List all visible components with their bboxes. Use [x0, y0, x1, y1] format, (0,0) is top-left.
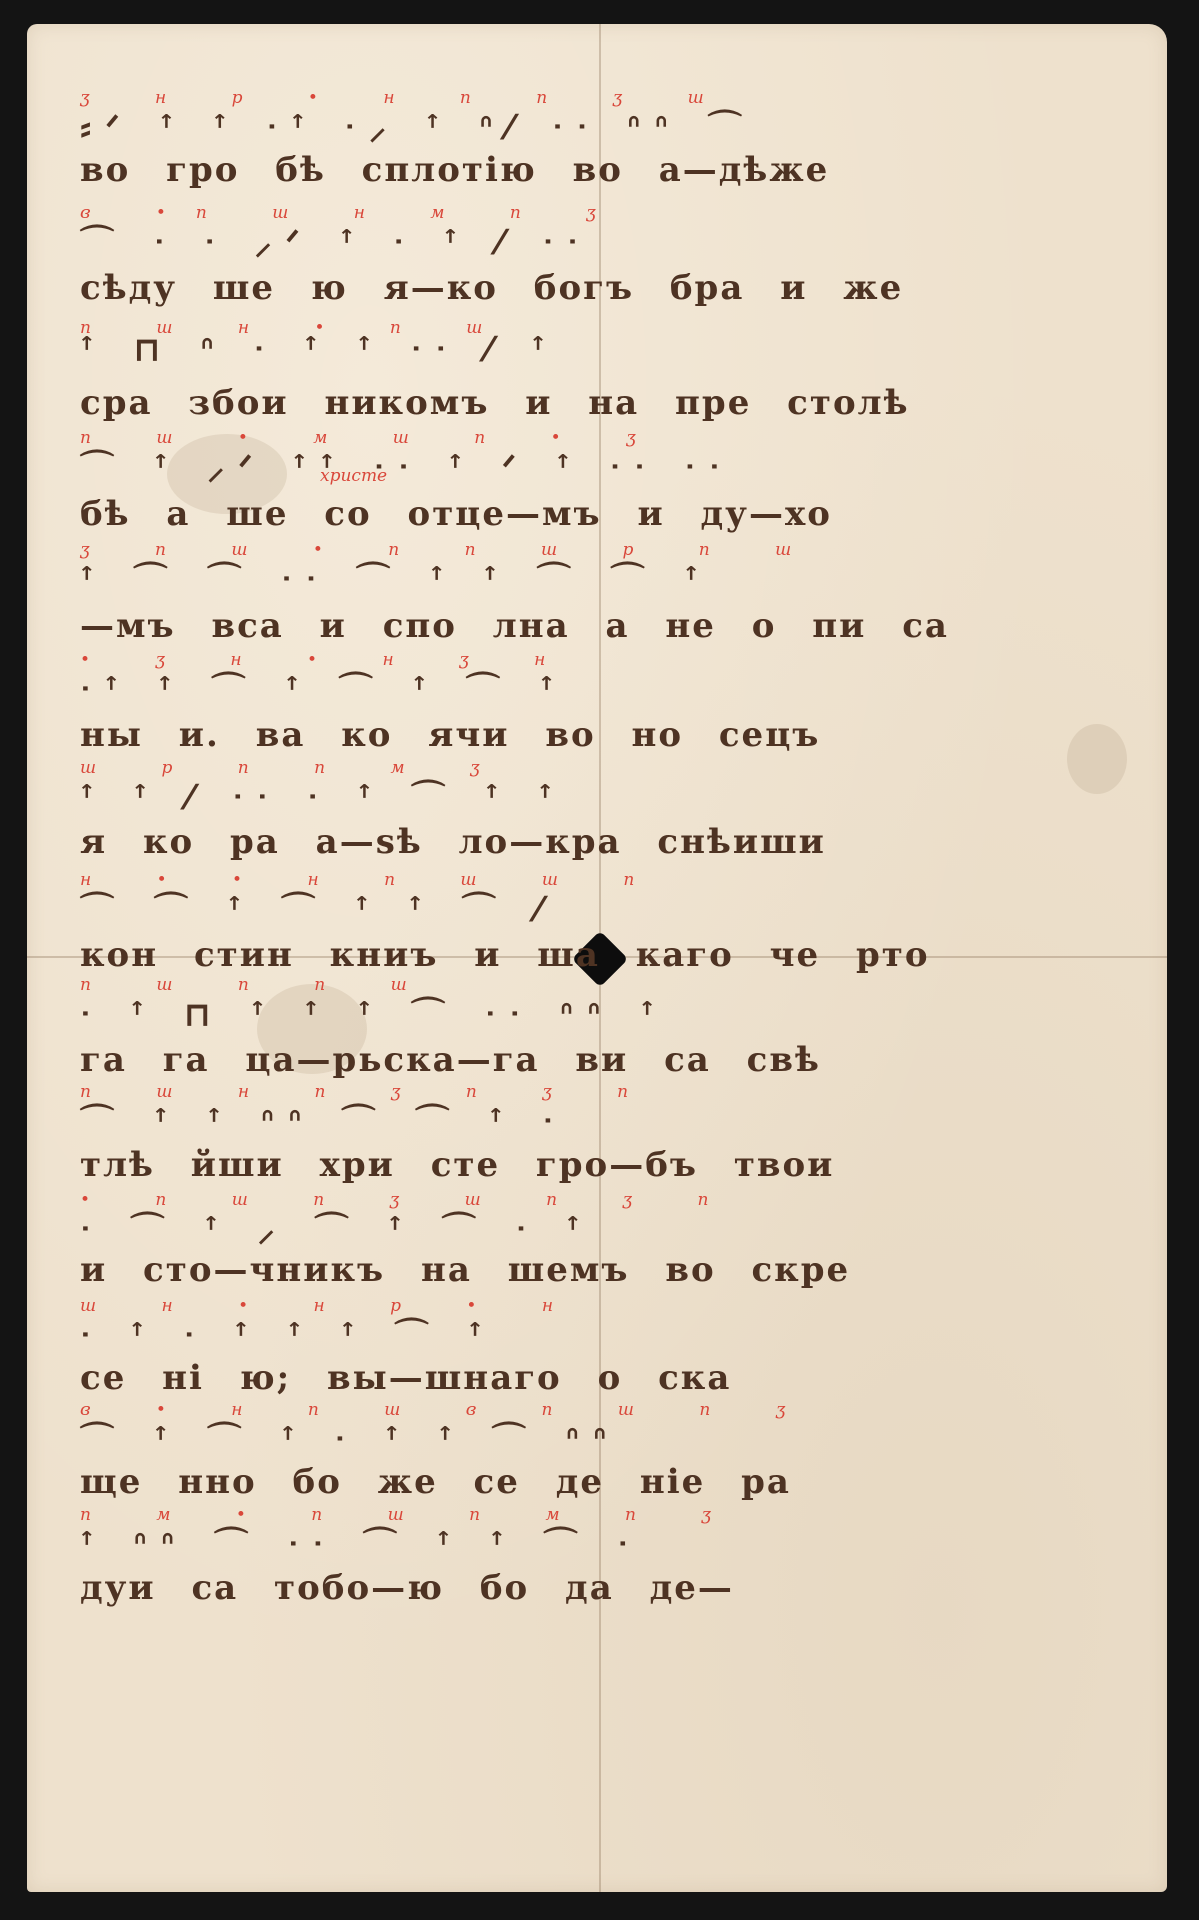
neume-row: ᐧ ⌒ ꜛ ⸝ ⌒ ꜛ ⌒ ᐧ ꜛ [80, 1202, 1040, 1251]
neume-row: ⌒ ꜛ ꜛ ᐢᐢ ⌒ ⌒ ꜛ ᐧ [80, 1094, 1040, 1143]
text-line: сѣду ше ю я—ко богъ бра и же [80, 268, 1040, 308]
text-line: дуи са тобо—ю бо да де— [80, 1568, 1040, 1608]
neume-row: ⌒ ᐧ ᐧ ⸝ᐟ ꜛ ᐧ ꜛ ⁄ ᐧᐧ [80, 215, 1040, 264]
text-line: кон стин книъ и ша каго че рто [80, 935, 1040, 975]
text-line: —мъ вса и спо лна а не о пи са [80, 606, 1040, 646]
stain [1067, 724, 1127, 794]
text-line: ще нно бо же се де ніе ра [80, 1462, 1040, 1502]
neume-row: ⸗ᐟ ꜛ ꜛ ᐧꜛ ᐧ⸝ ꜛ ᐢ⁄ ᐧᐧ ᐢᐢ ⌒ [80, 100, 1040, 149]
neume-row: ⌒ ⌒ ꜛ ⌒ ꜛ ꜛ ⌒ ⁄ [80, 882, 1040, 931]
text-line: сра збои никомъ и на пре столѣ [80, 383, 1040, 423]
text-line: бѣ а ше со отце—мъ и ду—хо [80, 494, 1040, 534]
neume-row: ꜛ ꜛ ⁄ ᐧᐧ ᐧ ꜛ ⌒ ꜛ ꜛ [80, 770, 1040, 819]
text-line: тлѣ йши хри сте гро—бъ твои [80, 1145, 1040, 1185]
text-line: га га ца—рьска—га ви са свѣ [80, 1040, 1040, 1080]
text-line: во гро бѣ сплотію во а—дѣже [80, 150, 1040, 190]
neume-row: ꜛ ⌒ ⌒ ᐧᐧ ⌒ ꜛ ꜛ ⌒ ⌒ ꜛ [80, 552, 1040, 601]
neume-row: ᐧꜛ ꜛ ⌒ ꜛ ⌒ ꜛ ⌒ ꜛ [80, 662, 1040, 711]
neume-row: ꜛ ⊓ ᐢ ᐧ ꜛ ꜛ ᐧᐧ ⁄ ꜛ [80, 330, 1040, 370]
text-line: я ко ра а—ѕѣ ло—кра снѣиши [80, 822, 1040, 862]
neume-row: ᐧ ꜛ ⊓ ꜛ ꜛ ꜛ ⌒ ᐧᐧ ᐢᐢ ꜛ [80, 987, 1040, 1036]
text-line: ны и. ва ко ячи во но сецъ [80, 715, 1040, 755]
neume-row: ᐧ ꜛ ᐧ ꜛ ꜛ ꜛ ⌒ ꜛ [80, 1308, 1040, 1357]
text-line: се ні ю; вы—шнаго о ска [80, 1358, 1040, 1398]
neume-row: ⌒ ꜛ ⌒ ꜛ ᐧ ꜛ ꜛ ⌒ ᐢᐢ [80, 1412, 1040, 1461]
neume-row: ⌒ ꜛ ⸝ᐟ ꜛꜛ ᐧᐧ ꜛ ᐟ ꜛ ᐧᐧ ᐧᐧ [80, 440, 1040, 489]
neume-row: ꜛ ᐢᐢ ⌒ ᐧᐧ ⌒ ꜛ ꜛ ⌒ ᐧ [80, 1517, 1040, 1566]
text-line: и сто—чникъ на шемъ во скре [80, 1250, 1040, 1290]
